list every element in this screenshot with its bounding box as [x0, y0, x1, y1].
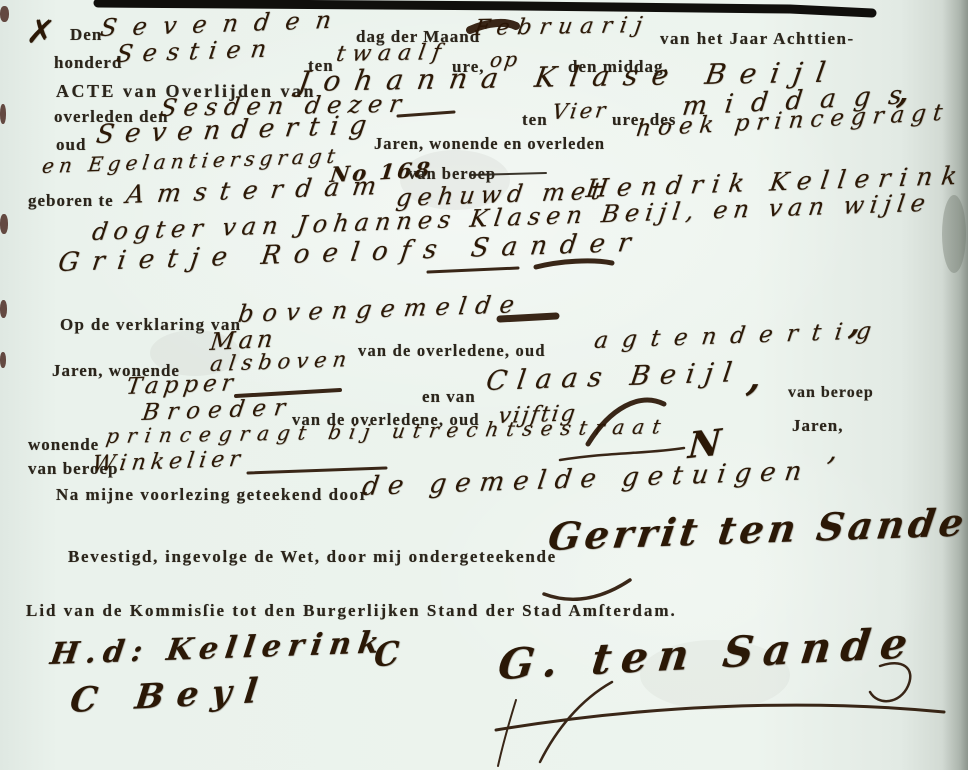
printed-van-beroep-2: van beroep	[788, 385, 874, 401]
hand-vier: Vier	[551, 100, 610, 123]
printed-den: Den	[70, 26, 102, 43]
scanned-death-record: { "page": { "width": 968, "height": 770,…	[0, 0, 968, 770]
hand-winkelier: Winkelier	[91, 449, 246, 476]
printed-jaren-wonende-en-overleden: Jaren, wonende en overleden	[374, 136, 605, 153]
hand-tapper: Tapper	[125, 372, 240, 399]
hand-bovengemelde: bovengemelde	[237, 292, 525, 326]
printed-honderd: honderd	[54, 54, 122, 71]
printed-lid-van-de-kommissie: Lid van de Kommisſie tot den Burgerlijke…	[26, 602, 677, 619]
printed-bevestigd: Bevestigd, ingevolge de Wet, door mij on…	[68, 548, 557, 565]
hand-agtendertig: agtendertig	[593, 320, 887, 353]
document-text-layer: ✗DenSevendendag der MaandFebruarijvan he…	[0, 0, 968, 770]
printed-oud-1: oud	[56, 136, 86, 153]
printed-na-mijne-voorlezing: Na mijne voorlezing geteekend door	[56, 486, 369, 503]
hand-n-flourish: N	[687, 424, 722, 464]
hand-claas-beijl: Claas Beijl	[484, 359, 743, 395]
hand-comma-3: ,	[826, 436, 841, 466]
hand-amsterdam: Amsterdam	[125, 173, 391, 207]
printed-geboren-te: geboren te	[28, 192, 114, 209]
hand-sestien: Sestien	[115, 36, 278, 66]
sig-c-beyl: C Beyl	[68, 673, 272, 718]
hand-comma-before-van-beroep: ,	[745, 358, 765, 396]
sig-hd-kellerink: H.d: Kellerink	[48, 628, 388, 670]
hand-sevenden: Sevenden	[99, 7, 349, 40]
printed-ten-2: ten	[522, 111, 548, 128]
sig-g-ten-sande: G. ten Sande	[496, 622, 920, 686]
printed-van-het-jaar: van het Jaar Achttien-	[660, 30, 855, 47]
printed-jaren-2: Jaren,	[792, 417, 844, 434]
hand-sig-gerrit-ten-sande: Gerrit ten Sande	[546, 503, 968, 556]
hand-februarij: Februarij	[473, 15, 652, 40]
printed-van-de-overledene-oud-1: van de overledene, oud	[358, 343, 546, 360]
hand-de-gemelde-getuigen: de gemelde getuigen	[361, 458, 813, 500]
printed-wonende-2: wonende	[28, 436, 99, 453]
cross-mark: ✗	[25, 14, 57, 51]
sig-kellerink-paraph: C	[374, 636, 400, 672]
printed-en-van: en van	[422, 388, 476, 405]
